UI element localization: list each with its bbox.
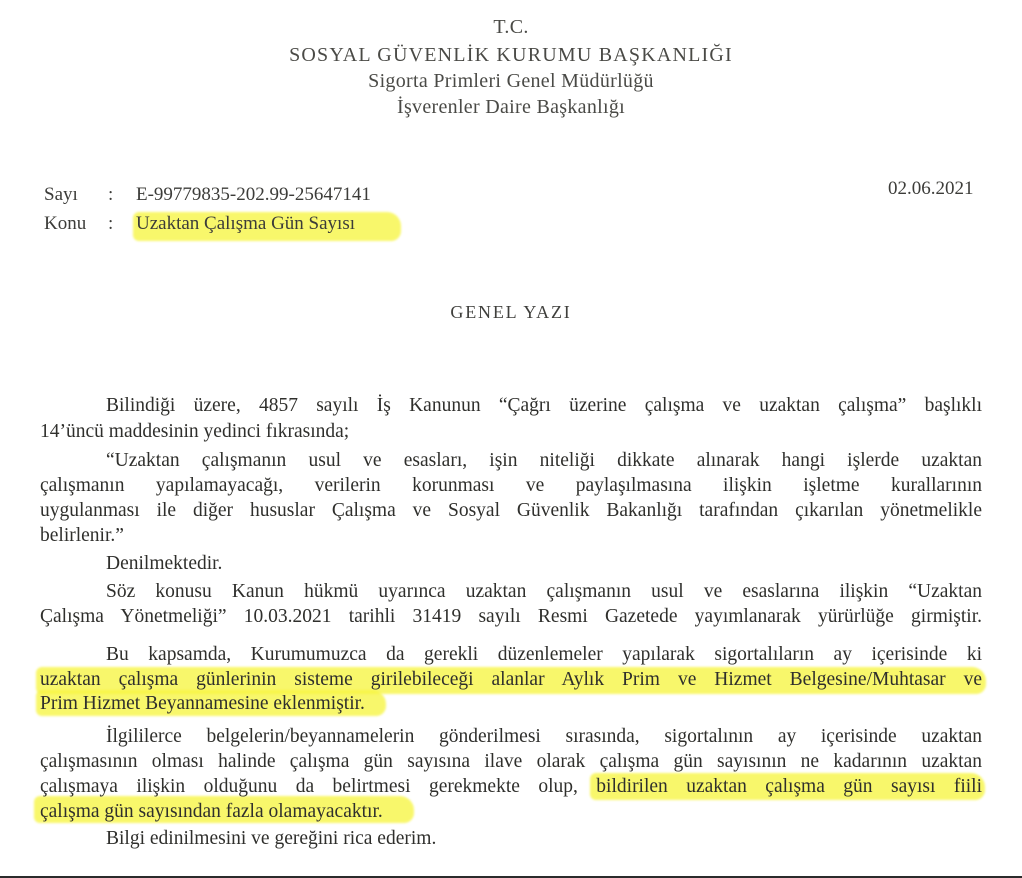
subject-label: Konu (44, 213, 86, 235)
body-line: belirlenir.” (40, 524, 982, 548)
body-line: çalışmanın yapılamayacağı, verilerin kor… (40, 474, 982, 498)
document-number: E-99779835-202.99-25647141 (136, 184, 371, 206)
body-line: çalışmaya ilişkin olduğunu da belirtmesi… (40, 775, 982, 799)
subject-separator: : (108, 213, 113, 235)
body-line: Bu kapsamda, Kurumumuzca da gerekli düze… (106, 643, 982, 667)
body-line: uygulanması ile diğer hususlar Çalışma v… (40, 499, 982, 523)
document-title: GENEL YAZI (0, 302, 1022, 323)
body-line: çalışma gün sayısından fazla olamayacakt… (40, 800, 982, 824)
body-line: Çalışma Yönetmeliği” 10.03.2021 tarihli … (40, 605, 982, 629)
body-line: çalışmasının olması halinde çalışma gün … (40, 750, 982, 774)
number-label: Sayı (44, 184, 78, 206)
body-line: İlgililerce belgelerin/beyannamelerin gö… (106, 725, 982, 749)
body-line: Prim Hizmet Beyannamesine eklenmiştir. (40, 692, 982, 716)
document-date: 02.06.2021 (888, 178, 974, 200)
closing-line: Bilgi edinilmesini ve gereğini rica eder… (106, 827, 436, 851)
number-separator: : (108, 184, 113, 206)
body-line: 14’üncü maddesinin yedinci fıkrasında; (40, 420, 982, 444)
header-directorate: Sigorta Primleri Genel Müdürlüğü (0, 70, 1022, 93)
body-line: Bilindiği üzere, 4857 sayılı İş Kanunun … (106, 394, 982, 418)
body-line: Söz konusu Kanun hükmü uyarınca uzaktan … (106, 580, 982, 604)
header-department: İşverenler Daire Başkanlığı (0, 96, 1022, 119)
header-country: T.C. (0, 16, 1022, 39)
body-line: uzaktan çalışma günlerinin sisteme giril… (40, 668, 982, 692)
body-line: “Uzaktan çalışmanın usul ve esasları, iş… (106, 449, 982, 473)
subject-value: Uzaktan Çalışma Gün Sayısı (136, 213, 355, 235)
document-page: T.C. SOSYAL GÜVENLİK KURUMU BAŞKANLIĞI S… (0, 0, 1022, 876)
body-line: Denilmektedir. (106, 552, 222, 576)
header-institution: SOSYAL GÜVENLİK KURUMU BAŞKANLIĞI (0, 44, 1022, 67)
